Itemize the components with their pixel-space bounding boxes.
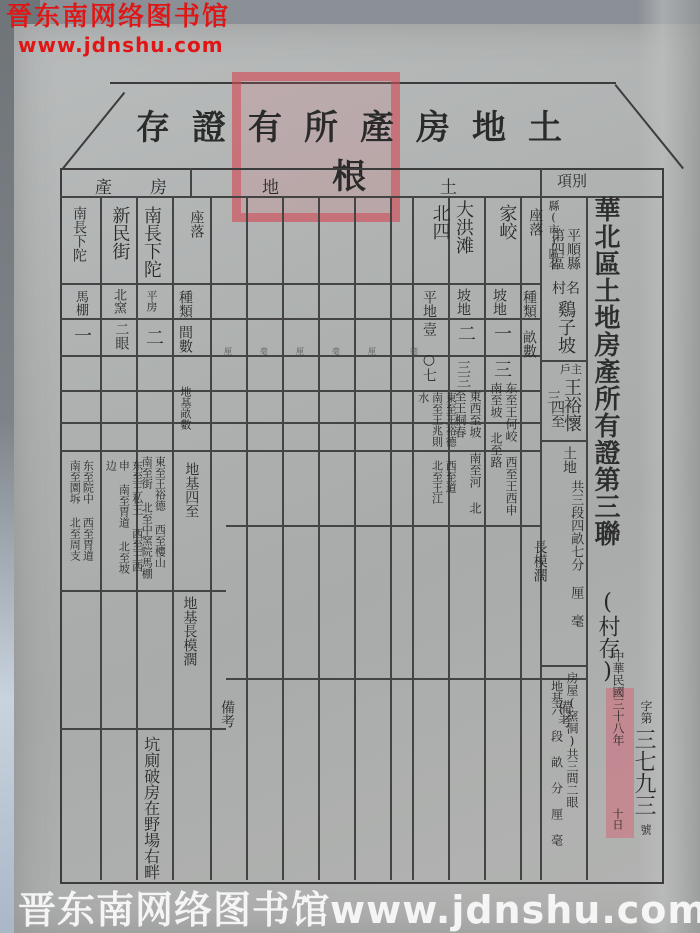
grid-line (484, 196, 486, 880)
house-row-3-location: 南長下陀 (72, 206, 86, 262)
land-row-3-type: 平地 (422, 290, 436, 318)
grid-row-line (60, 318, 540, 320)
land-section-label: 土地 (562, 446, 576, 474)
land-row-3-location: 北四 (420, 204, 460, 240)
main-vertical-title: 華北區土地房產所有證第三聯 (592, 196, 618, 636)
land-row-1-location: 家峧 (490, 204, 522, 240)
grid-row-line (540, 360, 586, 362)
house-header-label-2: 房 (150, 173, 167, 198)
house-col-type: 種類 (178, 290, 192, 318)
land-row-1-fraction: 三 (492, 360, 510, 378)
house-header-label: 產 (95, 173, 112, 198)
land-row-3-bounds: 東至王裕德 西至道 南至王兆則 北至王江水 (416, 392, 457, 512)
land-row-2-fraction: 三三 (456, 360, 470, 388)
land-row-3-area: 壹 (422, 322, 436, 336)
house-row-3-bounds: 东至院中 西至胃道 南至園坼 北至周支 (68, 460, 94, 580)
land-row-3-fraction: ○七 (422, 352, 436, 382)
grid-row-line (540, 440, 586, 442)
item-column-divider (540, 168, 542, 880)
land-row-2-area: 二 (456, 324, 474, 342)
grid-row-line (60, 283, 540, 285)
land-col-area: 畝數 (522, 330, 536, 358)
grid-mark: 厘 (224, 346, 232, 357)
header-divider (190, 168, 192, 196)
title-column-divider (586, 196, 588, 880)
land-col-location: 座落 (522, 208, 547, 236)
grid-line (282, 196, 284, 880)
district-value: 第四區 (550, 228, 564, 270)
house-col-remarks: 備考 (178, 700, 276, 728)
household-label: 戶主 (560, 364, 582, 375)
house-row-2-location: 新民街 (108, 206, 131, 260)
date-day: 十日 (612, 808, 623, 830)
grid-line (210, 196, 212, 880)
grid-line (412, 196, 414, 880)
grid-row-line (226, 678, 586, 680)
serial-label: 字第 (640, 700, 652, 724)
land-col-size: 長模濶 (522, 540, 556, 582)
land-header-label: 土 (440, 173, 457, 198)
house-col-size: 地基長模濶 (178, 596, 200, 666)
house-col-location: 座落 (178, 210, 214, 238)
date-era: 中華民國三十八年 (612, 650, 624, 746)
house-row-3-type: 馬棚 (74, 290, 87, 316)
house-row-1-type: 平房 (146, 290, 157, 312)
house-row-3-rooms: 一 (72, 326, 90, 344)
grid-mark: 厘 (368, 346, 376, 357)
grid-line (318, 196, 320, 880)
serial-number: 三七九三 (632, 728, 654, 816)
grid-row-line (540, 665, 586, 667)
grid-line (354, 196, 356, 880)
house-row-2-bounds: 东至王私王 西至王西申 南至胃道 北至坡边 (104, 460, 144, 580)
land-row-1-area: 一 (492, 324, 510, 342)
grid-line (390, 196, 392, 880)
watermark-top: 晉东南网络图书馆 www.jdnshu.com (6, 2, 230, 58)
house-col-bounds: 地基四至 (178, 462, 203, 518)
grid-line (246, 196, 248, 880)
watermark-url-link[interactable]: www.jdnshu.com (6, 32, 230, 58)
item-label: 項別 (557, 170, 587, 191)
land-row-1-type: 坡地 (492, 288, 506, 316)
serial-suffix: 號 (640, 824, 651, 835)
house-total: 房屋(窯洞)共三間二眼 (566, 672, 578, 808)
village-label: 村名 (552, 282, 580, 296)
grid-mark: 毫 (410, 346, 418, 357)
house-row-1-bounds: 東至王裕德 西至樓山 南至街 北至中窯院馬棚 (140, 456, 166, 586)
grid-row-line (226, 525, 540, 527)
house-col-rooms: 間數 (178, 325, 192, 353)
land-header-label-2: 地 (262, 173, 279, 198)
grid-mark: 厘 (296, 346, 304, 357)
land-row-2-type: 坡地 (456, 288, 470, 316)
grid-row-line (60, 728, 226, 730)
village-value: 鷄子坡 (556, 300, 574, 354)
land-col-type: 種類 (522, 290, 536, 318)
land-col-bounds: 四至 (522, 400, 592, 428)
house-row-1-remarks: 坑廁破房在野場右畔 (142, 736, 160, 880)
land-col-remarks: 備考 (522, 700, 606, 728)
land-total: 共三段四畝七分 厘 毫 (566, 480, 584, 627)
house-row-1-location: 南長下陀 (142, 206, 160, 278)
house-row-1-rooms: 二 (144, 328, 162, 346)
grid-line (448, 196, 450, 880)
watermark-bottom: 晋东南网络图书馆www.jdnshu.com (18, 890, 700, 930)
grid-line (100, 196, 102, 880)
county-value: 平順縣 (566, 228, 580, 270)
grid-line (172, 196, 174, 880)
house-row-2-rooms: 二眼 (110, 322, 132, 350)
watermark-title: 晉东南网络图书馆 (6, 2, 230, 32)
house-col-base-area: 地基畝數 (180, 386, 191, 430)
grid-row-line (60, 590, 226, 592)
house-row-2-type: 北窯 (112, 288, 125, 314)
land-row-1-bounds: 东至王何峧 西至王西申 南至坡 北至路 (488, 382, 518, 522)
grid-mark: 毫 (332, 346, 340, 357)
grid-mark: 毫 (260, 346, 268, 357)
